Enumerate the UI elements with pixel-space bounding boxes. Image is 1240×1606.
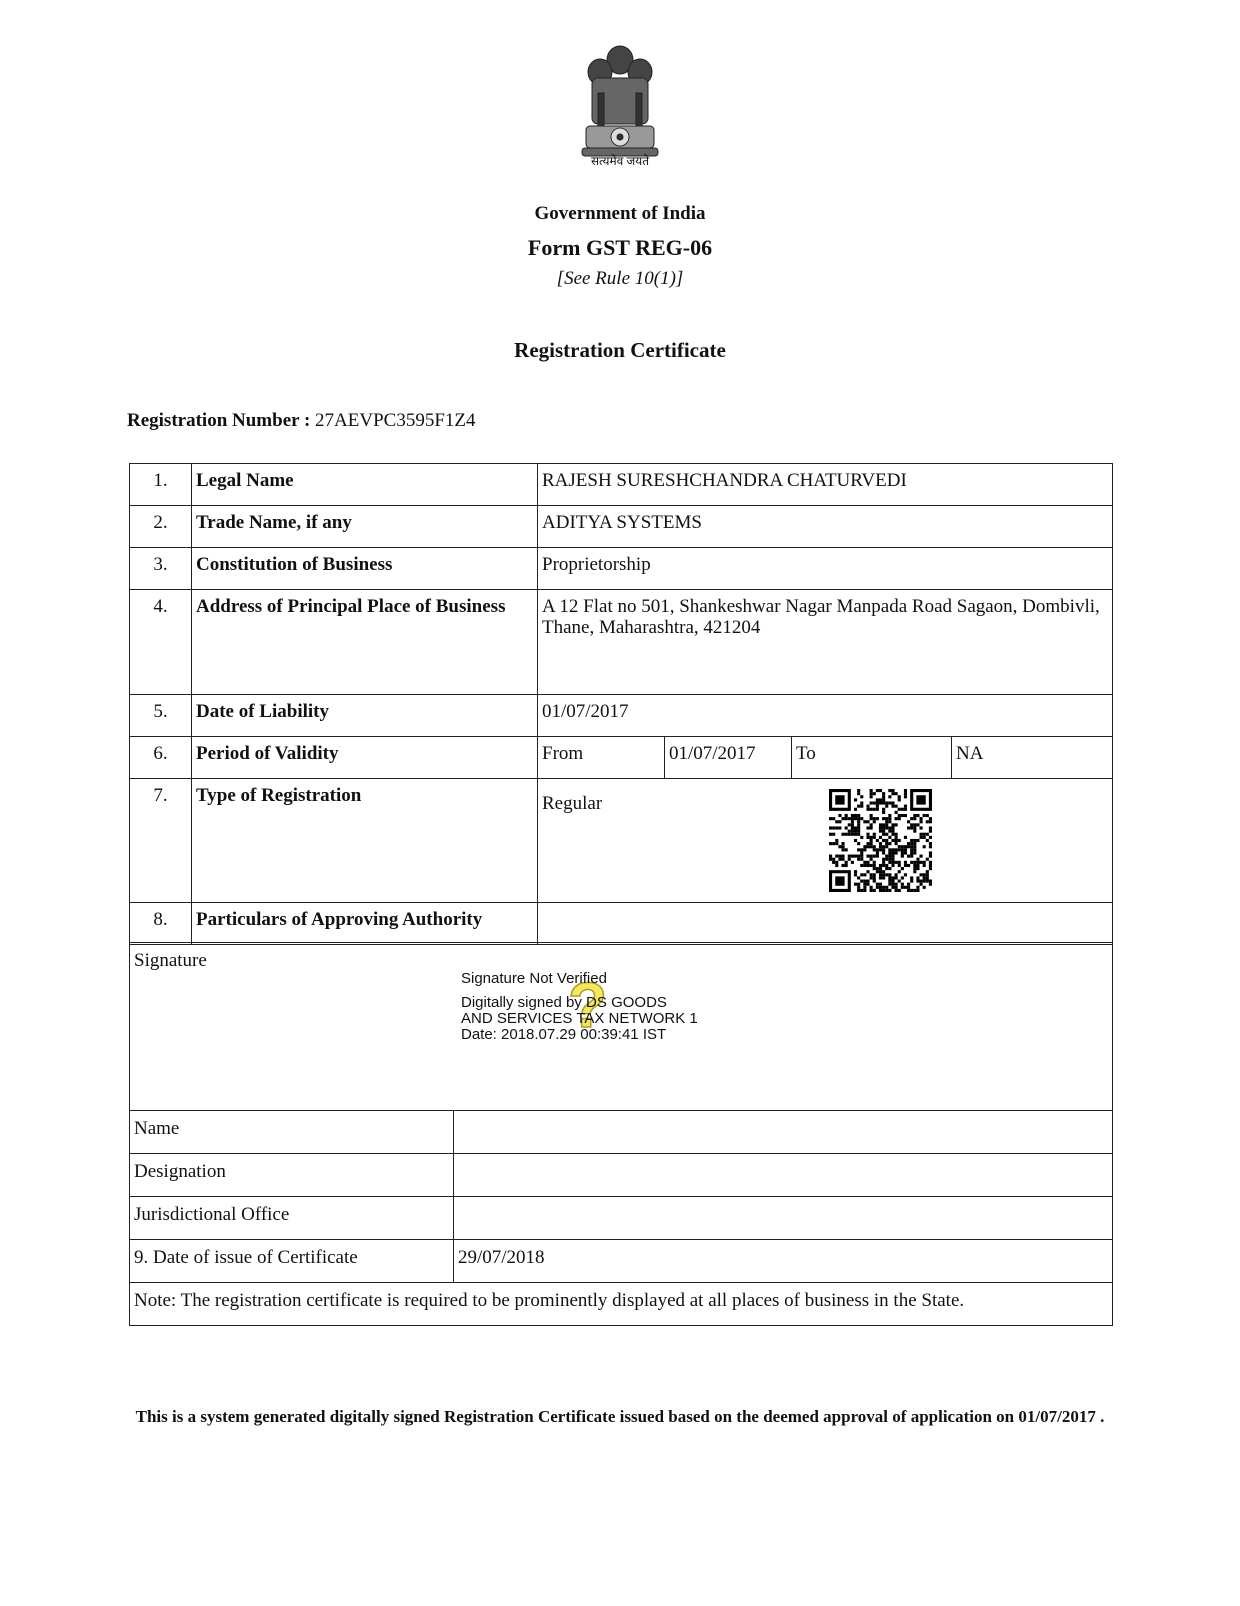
- validity-to-value: NA: [952, 737, 1112, 778]
- table-row: Designation: [130, 1154, 1113, 1197]
- table-row: 4. Address of Principal Place of Busines…: [130, 590, 1113, 695]
- issue-date-label: 9. Date of issue of Certificate: [130, 1240, 454, 1283]
- national-motto: सत्यमेव जयते: [540, 152, 700, 169]
- signature-signer-line1: Digitally signed by DS GOODS: [461, 995, 698, 1011]
- address-value: A 12 Flat no 501, Shankeshwar Nagar Manp…: [538, 590, 1113, 695]
- row-label: Type of Registration: [192, 779, 538, 903]
- name-label: Name: [130, 1111, 454, 1154]
- constitution-value: Proprietorship: [538, 548, 1113, 590]
- table-row: 3. Constitution of Business Proprietorsh…: [130, 548, 1113, 590]
- signature-date: Date: 2018.07.29 00:39:41 IST: [461, 1027, 698, 1043]
- table-row: Name: [130, 1111, 1113, 1154]
- row-number: 6.: [130, 737, 192, 779]
- approving-authority-value: [538, 903, 1113, 945]
- table-row: 8. Particulars of Approving Authority: [130, 903, 1113, 945]
- table-row: 9. Date of issue of Certificate 29/07/20…: [130, 1240, 1113, 1283]
- legal-name-value: RAJESH SURESHCHANDRA CHATURVEDI: [538, 464, 1113, 506]
- row-label: Period of Validity: [192, 737, 538, 779]
- certificate-title: Registration Certificate: [0, 338, 1240, 363]
- name-value: [454, 1111, 1113, 1154]
- table-row: 1. Legal Name RAJESH SURESHCHANDRA CHATU…: [130, 464, 1113, 506]
- row-number: 4.: [130, 590, 192, 695]
- jurisdictional-office-label: Jurisdictional Office: [130, 1197, 454, 1240]
- registration-type-cell: Regular: [538, 779, 1113, 903]
- row-label: Particulars of Approving Authority: [192, 903, 538, 945]
- registration-number: Registration Number : 27AEVPC3595F1Z4: [127, 410, 476, 432]
- rule-reference: [See Rule 10(1)]: [0, 268, 1240, 290]
- table-row: 7. Type of Registration Regular: [130, 779, 1113, 903]
- row-number: 2.: [130, 506, 192, 548]
- registration-type-value: Regular: [542, 793, 1108, 814]
- validity-from-value: 01/07/2017: [665, 737, 792, 778]
- signature-cell: Signature ? Signature Not Verified Digit…: [130, 943, 1113, 1111]
- row-number: 3.: [130, 548, 192, 590]
- row-label: Trade Name, if any: [192, 506, 538, 548]
- signature-table: Signature ? Signature Not Verified Digit…: [129, 942, 1113, 1326]
- trade-name-value: ADITYA SYSTEMS: [538, 506, 1113, 548]
- table-row: 6. Period of Validity From 01/07/2017 To…: [130, 737, 1113, 779]
- signature-label: Signature: [134, 950, 207, 971]
- table-row: Jurisdictional Office: [130, 1197, 1113, 1240]
- qr-code-icon: [829, 789, 932, 892]
- designation-label: Designation: [130, 1154, 454, 1197]
- signature-status: Signature Not Verified: [461, 971, 698, 987]
- jurisdictional-office-value: [454, 1197, 1113, 1240]
- registration-number-value: 27AEVPC3595F1Z4: [315, 410, 475, 431]
- system-generated-footer: This is a system generated digitally sig…: [0, 1407, 1240, 1427]
- validity-to-label: To: [792, 737, 952, 778]
- table-row: 2. Trade Name, if any ADITYA SYSTEMS: [130, 506, 1113, 548]
- form-title: Form GST REG-06: [0, 235, 1240, 261]
- validity-cell: From 01/07/2017 To NA: [538, 737, 1113, 779]
- issue-date-value: 29/07/2018: [454, 1240, 1113, 1283]
- display-note: Note: The registration certificate is re…: [130, 1283, 1113, 1326]
- row-label: Legal Name: [192, 464, 538, 506]
- row-number: 7.: [130, 779, 192, 903]
- row-number: 1.: [130, 464, 192, 506]
- registration-details-table: 1. Legal Name RAJESH SURESHCHANDRA CHATU…: [129, 463, 1113, 945]
- national-emblem-icon: [578, 38, 662, 168]
- table-row: Note: The registration certificate is re…: [130, 1283, 1113, 1326]
- registration-number-label: Registration Number :: [127, 410, 310, 431]
- signature-signer-line2: AND SERVICES TAX NETWORK 1: [461, 1011, 698, 1027]
- validity-from-label: From: [538, 737, 665, 778]
- row-label: Date of Liability: [192, 695, 538, 737]
- row-number: 5.: [130, 695, 192, 737]
- table-row: 5. Date of Liability 01/07/2017: [130, 695, 1113, 737]
- row-number: 8.: [130, 903, 192, 945]
- designation-value: [454, 1154, 1113, 1197]
- government-heading: Government of India: [0, 203, 1240, 225]
- digital-signature-block[interactable]: Signature Not Verified Digitally signed …: [461, 971, 698, 1043]
- liability-date-value: 01/07/2017: [538, 695, 1113, 737]
- row-label: Constitution of Business: [192, 548, 538, 590]
- row-label: Address of Principal Place of Business: [192, 590, 538, 695]
